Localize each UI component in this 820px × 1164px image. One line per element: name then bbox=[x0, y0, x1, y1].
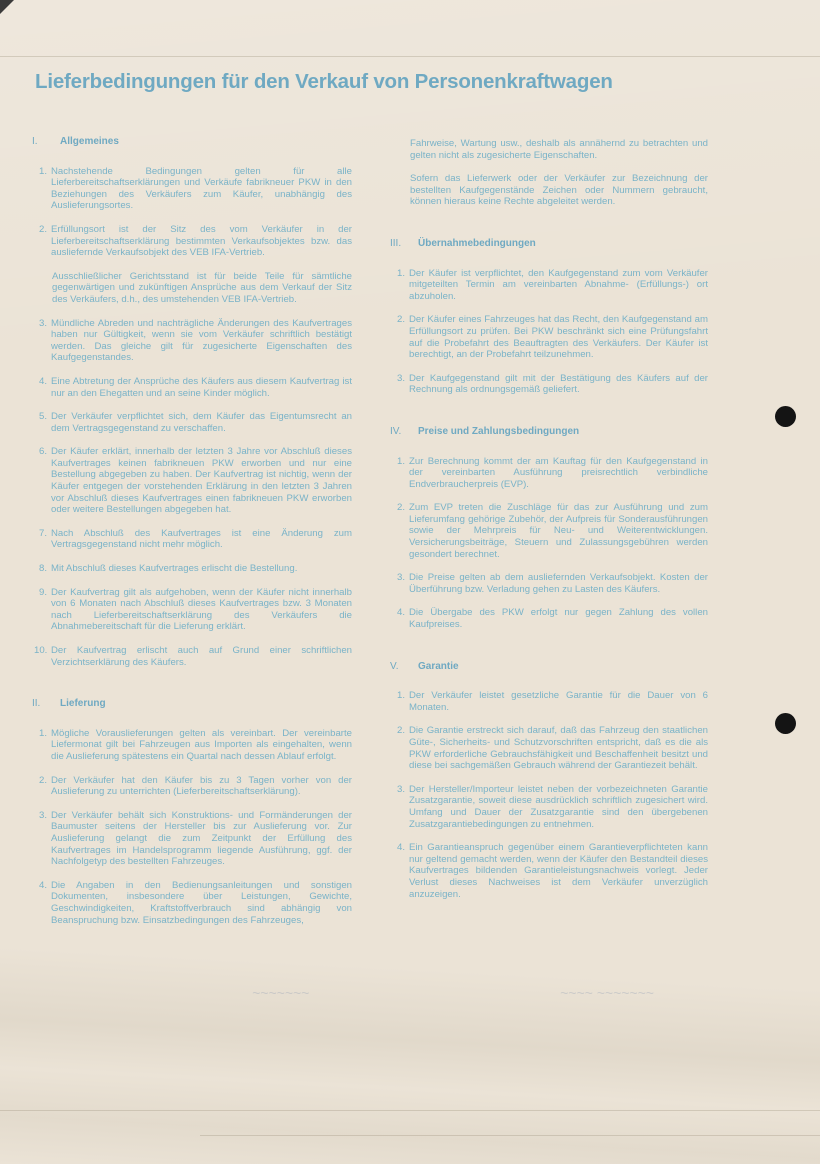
section-spacer bbox=[390, 912, 708, 930]
section-heading: V.Garantie bbox=[390, 661, 708, 673]
section-heading: II.Lieferung bbox=[32, 698, 352, 710]
clause-item: 2.Der Käufer eines Fahrzeuges hat das Re… bbox=[390, 314, 708, 360]
clause-number: 2. bbox=[392, 314, 409, 360]
section-heading: III.Übernahmebedingungen bbox=[390, 238, 708, 250]
clause-text: Die Preise gelten ab dem ausliefernden V… bbox=[409, 572, 708, 595]
clause-number: 3. bbox=[392, 373, 409, 396]
section-spacer bbox=[390, 643, 708, 661]
clause-item: 2.Die Garantie erstreckt sich darauf, da… bbox=[390, 725, 708, 771]
clause-item: 3.Der Verkäufer behält sich Konstruktion… bbox=[32, 810, 352, 868]
clause-text: Die Garantie erstreckt sich darauf, daß … bbox=[409, 725, 708, 771]
clause-text: Der Verkäufer hat den Käufer bis zu 3 Ta… bbox=[51, 775, 352, 798]
fold-crease bbox=[0, 1110, 820, 1111]
clause-number: 8. bbox=[34, 563, 51, 575]
clause-item: 8.Mit Abschluß dieses Kaufvertrages erli… bbox=[32, 563, 352, 575]
clause-text: Mögliche Vorauslieferungen gelten als ve… bbox=[51, 728, 352, 763]
clause-number: 3. bbox=[34, 318, 51, 364]
section-number: IV. bbox=[390, 426, 418, 438]
clause-item: 6.Der Käufer erklärt, innerhalb der letz… bbox=[32, 446, 352, 516]
clause-item: 3.Der Kaufgegenstand gilt mit der Bestät… bbox=[390, 373, 708, 396]
clause-item: 3.Der Hersteller/Importeur leistet neben… bbox=[390, 784, 708, 830]
clause-item: 1.Der Käufer ist verpflichtet, den Kaufg… bbox=[390, 268, 708, 303]
clause-number: 2. bbox=[392, 502, 409, 560]
clause-text: Der Käufer eines Fahrzeuges hat das Rech… bbox=[409, 314, 708, 360]
section-title: Preise und Zahlungsbedingungen bbox=[418, 426, 579, 438]
clause-text: Der Kaufvertrag erlischt auch auf Grund … bbox=[51, 645, 352, 668]
clause-number: 4. bbox=[392, 842, 409, 900]
continued-paragraph: Sofern das Lieferwerk oder der Verkäufer… bbox=[410, 173, 708, 208]
clause-text: Zur Berechnung kommt der am Kauftag für … bbox=[409, 456, 708, 491]
clause-text: Die Angaben in den Bedienungsanleitungen… bbox=[51, 880, 352, 926]
clause-text: Der Käufer erklärt, innerhalb der letzte… bbox=[51, 446, 352, 516]
clause-number: 1. bbox=[392, 268, 409, 303]
section-title: Allgemeines bbox=[60, 136, 119, 148]
clause-number: 5. bbox=[34, 411, 51, 434]
clause-item: 3.Mündliche Abreden und nachträgliche Än… bbox=[32, 318, 352, 364]
fold-crease bbox=[200, 1135, 820, 1136]
clause-text: Ein Garantieanspruch gegenüber einem Gar… bbox=[409, 842, 708, 900]
folded-corner bbox=[0, 0, 14, 14]
right-column: Fahrweise, Wartung usw., deshalb als ann… bbox=[390, 138, 708, 930]
clause-number: 2. bbox=[34, 775, 51, 798]
clause-text: Der Kaufgegenstand gilt mit der Bestätig… bbox=[409, 373, 708, 396]
clause-paragraph: Ausschließlicher Gerichtsstand ist für b… bbox=[52, 271, 352, 306]
clause-item: 1.Zur Berechnung kommt der am Kauftag fü… bbox=[390, 456, 708, 491]
clause-item: 1.Der Verkäufer leistet gesetzliche Gara… bbox=[390, 690, 708, 713]
section-heading: IV.Preise und Zahlungsbedingungen bbox=[390, 426, 708, 438]
section-spacer bbox=[390, 220, 708, 238]
clause-text: Zum EVP treten die Zuschläge für das zur… bbox=[409, 502, 708, 560]
clause-number: 2. bbox=[34, 224, 51, 259]
section-number: V. bbox=[390, 661, 418, 673]
clause-item: 2.Erfüllungsort ist der Sitz des vom Ver… bbox=[32, 224, 352, 259]
clause-number: 1. bbox=[34, 166, 51, 212]
clause-number: 4. bbox=[34, 880, 51, 926]
clause-text: Der Verkäufer behält sich Konstruktions-… bbox=[51, 810, 352, 868]
clause-text: Der Verkäufer leistet gesetzliche Garant… bbox=[409, 690, 708, 713]
section-title: Lieferung bbox=[60, 698, 106, 710]
clause-number: 3. bbox=[34, 810, 51, 868]
clause-item: 5.Der Verkäufer verpflichtet sich, dem K… bbox=[32, 411, 352, 434]
clause-number: 7. bbox=[34, 528, 51, 551]
clause-number: 10. bbox=[34, 645, 51, 668]
continued-paragraph: Fahrweise, Wartung usw., deshalb als ann… bbox=[410, 138, 708, 161]
faint-stamp-mark: ~~~~~~~ bbox=[252, 985, 309, 1001]
section-spacer bbox=[32, 680, 352, 698]
clause-number: 4. bbox=[392, 607, 409, 630]
section-spacer bbox=[390, 408, 708, 426]
clause-text: Der Kaufvertrag gilt als aufgehoben, wen… bbox=[51, 587, 352, 633]
clause-item: 2.Zum EVP treten die Zuschläge für das z… bbox=[390, 502, 708, 560]
clause-item: 2.Der Verkäufer hat den Käufer bis zu 3 … bbox=[32, 775, 352, 798]
punch-hole bbox=[775, 406, 796, 427]
clause-item: 4.Ein Garantieanspruch gegenüber einem G… bbox=[390, 842, 708, 900]
clause-item: 4.Die Angaben in den Bedienungsanleitung… bbox=[32, 880, 352, 926]
clause-text: Nach Abschluß des Kaufvertrages ist eine… bbox=[51, 528, 352, 551]
section-spacer bbox=[32, 938, 352, 956]
clause-number: 9. bbox=[34, 587, 51, 633]
clause-item: 1.Mögliche Vorauslieferungen gelten als … bbox=[32, 728, 352, 763]
section-number: II. bbox=[32, 698, 60, 710]
section-heading: I.Allgemeines bbox=[32, 136, 352, 148]
clause-number: 4. bbox=[34, 376, 51, 399]
section-title: Übernahmebedingungen bbox=[418, 238, 536, 250]
fold-crease bbox=[0, 56, 820, 57]
clause-text: Die Übergabe des PKW erfolgt nur gegen Z… bbox=[409, 607, 708, 630]
clause-text: Der Verkäufer verpflichtet sich, dem Käu… bbox=[51, 411, 352, 434]
clause-text: Eine Abtretung der Ansprüche des Käufers… bbox=[51, 376, 352, 399]
clause-item: 4.Die Übergabe des PKW erfolgt nur gegen… bbox=[390, 607, 708, 630]
section-number: III. bbox=[390, 238, 418, 250]
clause-number: 3. bbox=[392, 784, 409, 830]
document-title: Lieferbedingungen für den Verkauf von Pe… bbox=[35, 70, 613, 94]
clause-item: 1.Nachstehende Bedingungen gelten für al… bbox=[32, 166, 352, 212]
clause-text: Mündliche Abreden und nachträgliche Ände… bbox=[51, 318, 352, 364]
left-column: I.Allgemeines1.Nachstehende Bedingungen … bbox=[32, 136, 352, 956]
clause-number: 2. bbox=[392, 725, 409, 771]
clause-item: 10.Der Kaufvertrag erlischt auch auf Gru… bbox=[32, 645, 352, 668]
section-title: Garantie bbox=[418, 661, 459, 673]
section-number: I. bbox=[32, 136, 60, 148]
clause-text: Der Käufer ist verpflichtet, den Kaufgeg… bbox=[409, 268, 708, 303]
document-page: Lieferbedingungen für den Verkauf von Pe… bbox=[0, 0, 820, 1164]
clause-item: 3.Die Preise gelten ab dem ausliefernden… bbox=[390, 572, 708, 595]
faint-stamp-mark: ~~~~ ~~~~~~~ bbox=[560, 985, 654, 1001]
clause-item: 4.Eine Abtretung der Ansprüche des Käufe… bbox=[32, 376, 352, 399]
clause-text: Der Hersteller/Importeur leistet neben d… bbox=[409, 784, 708, 830]
clause-item: 9.Der Kaufvertrag gilt als aufgehoben, w… bbox=[32, 587, 352, 633]
clause-item: 7.Nach Abschluß des Kaufvertrages ist ei… bbox=[32, 528, 352, 551]
clause-number: 3. bbox=[392, 572, 409, 595]
clause-text: Mit Abschluß dieses Kaufvertrages erlisc… bbox=[51, 563, 352, 575]
clause-number: 1. bbox=[392, 456, 409, 491]
punch-hole bbox=[775, 713, 796, 734]
clause-number: 1. bbox=[392, 690, 409, 713]
clause-number: 6. bbox=[34, 446, 51, 516]
clause-number: 1. bbox=[34, 728, 51, 763]
clause-text: Erfüllungsort ist der Sitz des vom Verkä… bbox=[51, 224, 352, 259]
clause-text: Nachstehende Bedingungen gelten für alle… bbox=[51, 166, 352, 212]
